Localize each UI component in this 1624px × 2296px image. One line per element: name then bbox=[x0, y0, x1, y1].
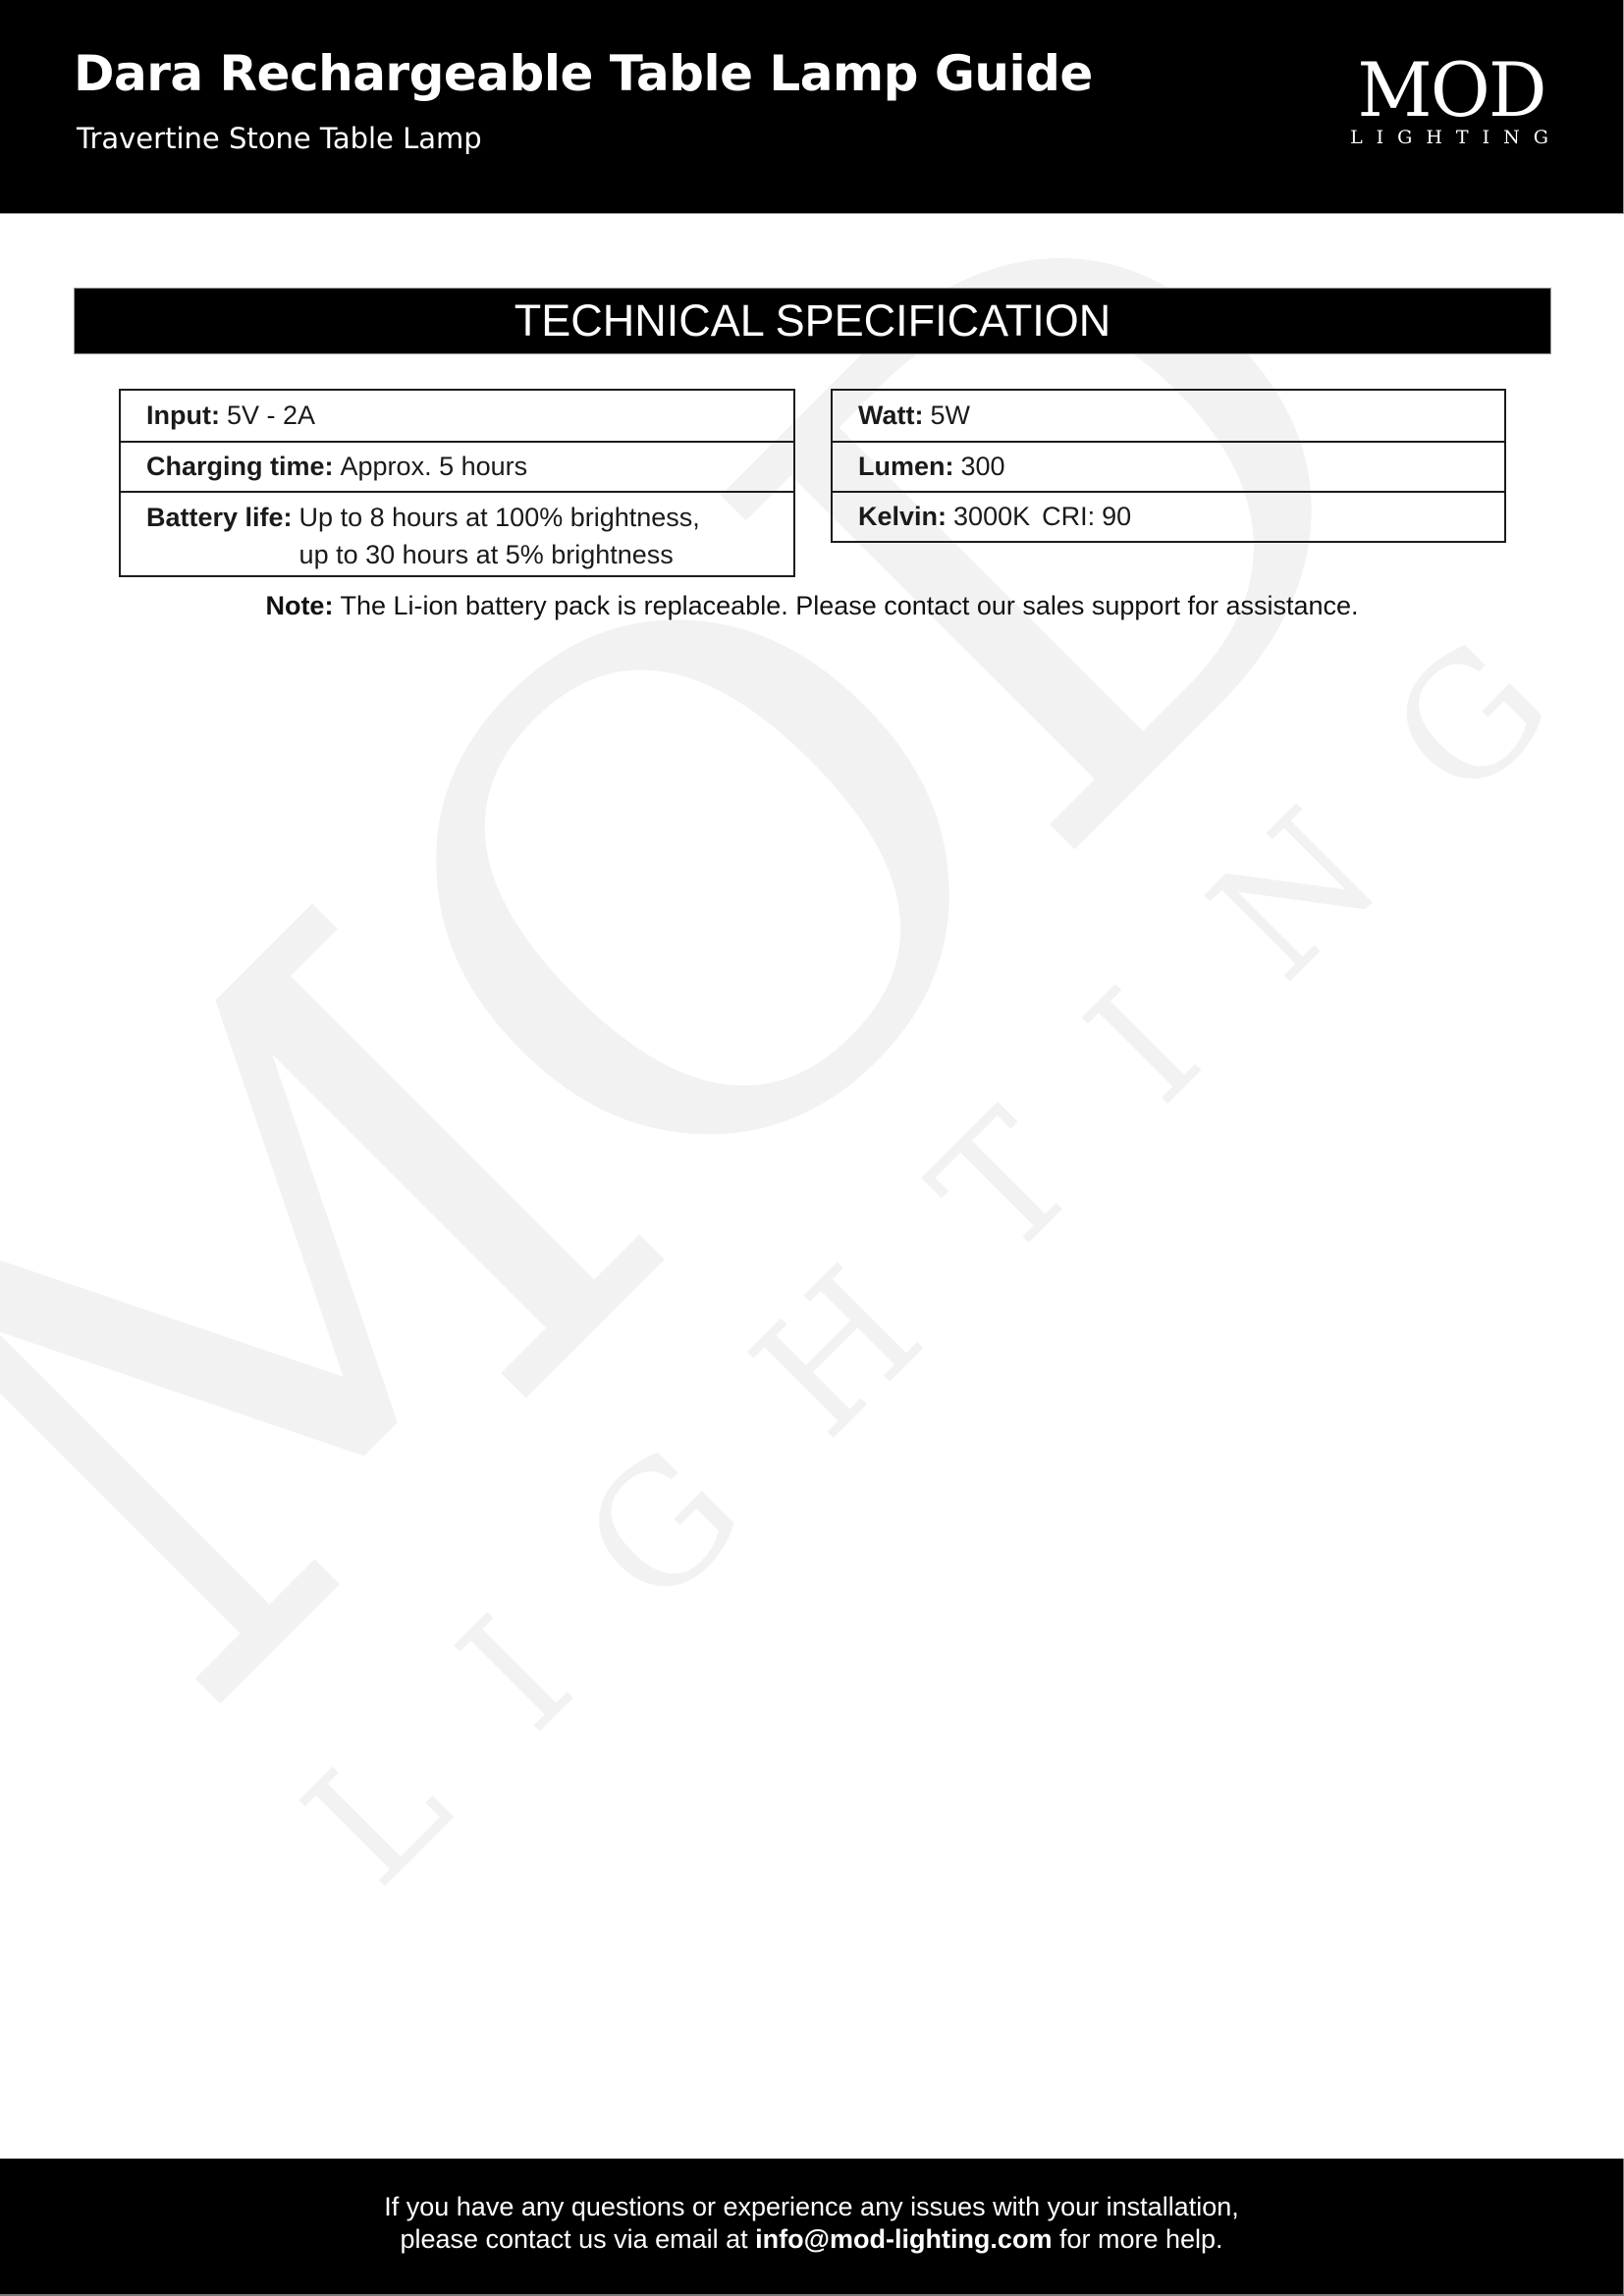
spec-value-line: Up to 8 hours at 100% brightness, bbox=[299, 499, 700, 536]
battery-note: Note: The Li-ion battery pack is replace… bbox=[0, 591, 1624, 621]
section-heading-technical-specification: TECHNICAL SPECIFICATION bbox=[74, 288, 1551, 354]
spec-value-line: up to 30 hours at 5% brightness bbox=[299, 536, 700, 573]
spec-label: Lumen: bbox=[858, 452, 954, 482]
spec-table-right: Watt: 5W Lumen: 300 Kelvin: 3000K CRI: 9… bbox=[831, 389, 1506, 543]
spec-row-input: Input: 5V - 2A bbox=[121, 391, 793, 441]
spec-extra-label: CRI: bbox=[1042, 502, 1095, 532]
watermark-sub-text: LIGHTING bbox=[269, 528, 1624, 1921]
spec-label: Charging time: bbox=[146, 452, 334, 482]
spec-label: Input: bbox=[146, 400, 220, 431]
spec-row-kelvin: Kelvin: 3000K CRI: 90 bbox=[833, 491, 1504, 541]
page-footer: If you have any questions or experience … bbox=[0, 2159, 1624, 2296]
spec-table-left: Input: 5V - 2A Charging time: Approx. 5 … bbox=[119, 389, 795, 577]
footer-line-2-suffix: for more help. bbox=[1059, 2224, 1223, 2254]
spec-value: Approx. 5 hours bbox=[341, 452, 528, 482]
spec-row-battery-life: Battery life: Up to 8 hours at 100% brig… bbox=[121, 491, 793, 575]
spec-extra-value: 90 bbox=[1102, 502, 1131, 532]
spec-label: Watt: bbox=[858, 400, 923, 431]
spec-value: 3000K bbox=[953, 502, 1030, 532]
footer-line-2: please contact us via email at info@mod-… bbox=[0, 2223, 1623, 2256]
logo-main-text: MOD bbox=[1339, 55, 1562, 126]
footer-line-2-prefix: please contact us via email at bbox=[400, 2224, 747, 2254]
page-title: Dara Rechargeable Table Lamp Guide bbox=[74, 49, 1093, 98]
spec-value: Up to 8 hours at 100% brightness, up to … bbox=[299, 499, 700, 573]
spec-label: Kelvin: bbox=[858, 502, 947, 532]
spec-row-charging-time: Charging time: Approx. 5 hours bbox=[121, 441, 793, 491]
spec-value: 300 bbox=[961, 452, 1005, 482]
page-subtitle: Travertine Stone Table Lamp bbox=[77, 125, 482, 153]
note-label: Note: bbox=[265, 591, 333, 620]
page-header: Dara Rechargeable Table Lamp Guide Trave… bbox=[0, 0, 1624, 214]
spec-value: 5V - 2A bbox=[227, 400, 315, 431]
spec-row-lumen: Lumen: 300 bbox=[833, 441, 1504, 491]
spec-label: Battery life: bbox=[146, 499, 293, 536]
support-email-link[interactable]: info@mod-lighting.com bbox=[755, 2224, 1052, 2254]
note-text: The Li-ion battery pack is replaceable. … bbox=[340, 591, 1358, 620]
footer-contact-text: If you have any questions or experience … bbox=[0, 2191, 1623, 2256]
spec-row-watt: Watt: 5W bbox=[833, 391, 1504, 441]
brand-logo: MOD LIGHTING bbox=[1337, 55, 1565, 157]
spec-value: 5W bbox=[930, 400, 970, 431]
footer-line-1: If you have any questions or experience … bbox=[0, 2191, 1623, 2223]
